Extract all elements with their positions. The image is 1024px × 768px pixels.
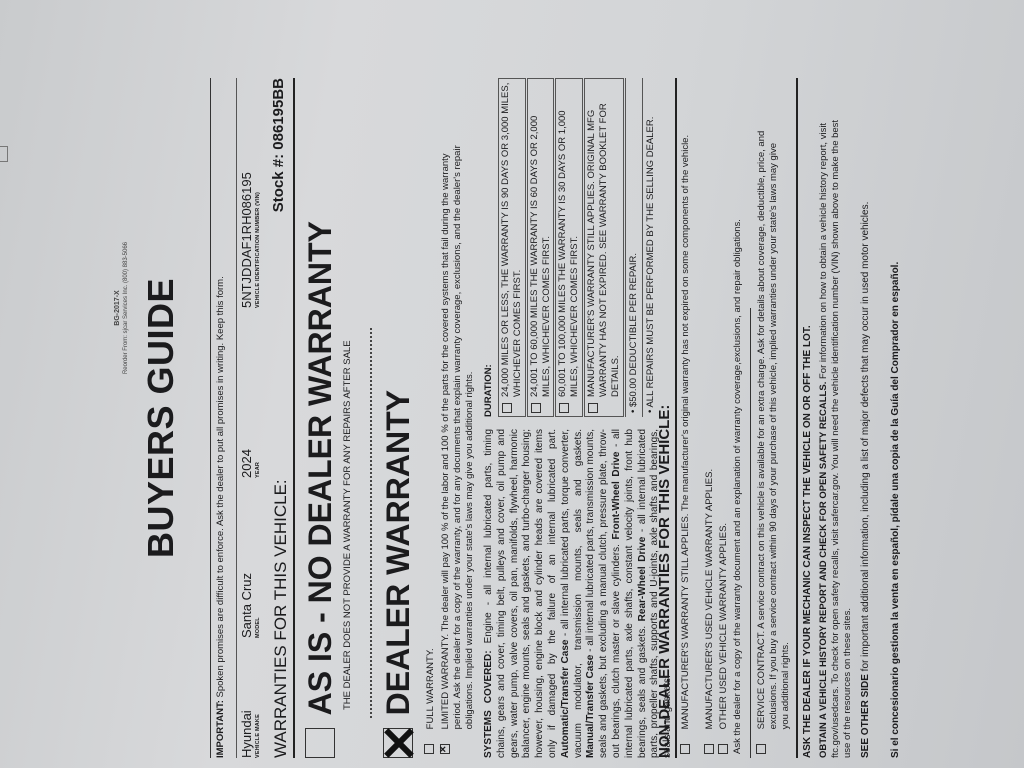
- as-is-title: AS IS - NO DEALER WARRANTY: [300, 221, 340, 715]
- dotted-divider: [370, 328, 372, 718]
- as-is-subtitle: THE DEALER DOES NOT PROVIDE A WARRANTY F…: [342, 78, 354, 710]
- full-warranty-checkbox[interactable]: [424, 744, 434, 754]
- vehicle-info: Hyundai VEHICLE MAKE Santa Cruz MODEL 20…: [236, 78, 262, 758]
- system-description: Engine - all internal lubricated parts, …: [483, 429, 558, 758]
- important-text: Spoken promises are difficult to enforce…: [215, 276, 226, 697]
- as-is-section: AS IS - NO DEALER WARRANTY THE DEALER DO…: [300, 78, 354, 758]
- duration-text: 60,001 TO 100,000 MILES THE WARRANTY IS …: [557, 82, 581, 397]
- manufacturer-used-warranty-checkbox[interactable]: [704, 744, 714, 754]
- duration-label: DURATION:: [483, 78, 495, 417]
- coverage-columns: SYSTEMS COVERED: Engine - all internal l…: [483, 78, 675, 758]
- other-used-warranty-checkbox[interactable]: [718, 744, 728, 754]
- warranties-heading: WARRANTIES FOR THIS VEHICLE: Stock #: 08…: [270, 78, 295, 758]
- form-title: BUYERS GUIDE: [138, 68, 183, 768]
- as-is-checkbox[interactable]: [305, 728, 335, 758]
- duration-section: DURATION: 24,000 MILES OR LESS, THE WARR…: [483, 78, 675, 417]
- spanish-notice: Si el concesionario gestiona la venta en…: [890, 108, 903, 758]
- important-notice: IMPORTANT: Spoken promises are difficult…: [210, 78, 227, 758]
- systems-covered: SYSTEMS COVERED: Engine - all internal l…: [483, 429, 675, 758]
- form-code: BG-2017-X: [114, 178, 123, 438]
- non-dealer-heading: NON-DEALER WARRANTIES FOR THIS VEHICLE:: [656, 78, 677, 758]
- warranty-term: $50.00 DEDUCTIBLE PER REPAIR.: [625, 78, 642, 417]
- duration-checkbox[interactable]: [502, 403, 512, 413]
- duration-checkbox[interactable]: [531, 403, 541, 413]
- buyers-guide-form: BG-2017-X Reorder From: sjcar Services I…: [108, 68, 908, 768]
- manufacturer-used-warranty-option: MANUFACTURER'S USED VEHICLE WARRANTY APP…: [704, 114, 717, 754]
- duration-option: MANUFACTURER'S WARRANTY STILL APPLIES. O…: [584, 78, 624, 417]
- duration-checkbox[interactable]: [559, 403, 569, 413]
- duration-text: 24,000 MILES OR LESS, THE WARRANTY IS 90…: [500, 82, 524, 397]
- other-used-warranty-option: OTHER USED VEHICLE WARRANTY APPLIES.: [718, 114, 731, 754]
- vehicle-model: Santa Cruz MODEL: [237, 478, 262, 638]
- system-name: Automatic/Transfer Case: [560, 640, 571, 758]
- system-name: Manual/Transfer Case: [585, 655, 596, 758]
- duration-option: 60,001 TO 100,000 MILES THE WARRANTY IS …: [555, 78, 583, 417]
- vehicle-history-notice: OBTAIN A VEHICLE HISTORY REPORT AND CHEC…: [818, 108, 854, 758]
- duration-options: 24,000 MILES OR LESS, THE WARRANTY IS 90…: [498, 78, 624, 417]
- duration-option: 24,001 TO 60,000 MILES THE WARRANTY IS 6…: [527, 78, 555, 417]
- service-contract-option: SERVICE CONTRACT. A service contract on …: [756, 114, 792, 754]
- see-other-side-notice: SEE OTHER SIDE for important additional …: [860, 108, 873, 758]
- warranty-terms: $50.00 DEDUCTIBLE PER REPAIR.ALL REPAIRS…: [625, 78, 659, 417]
- service-contract-checkbox[interactable]: [756, 744, 766, 754]
- dealer-warranty-checkbox-checked[interactable]: [383, 728, 413, 758]
- duration-text: MANUFACTURER'S WARRANTY STILL APPLIES. O…: [586, 82, 622, 397]
- vehicle-vin: 5NTJDDAF1RH086195 VEHICLE IDENTIFICATION…: [237, 88, 262, 308]
- system-name: Front-Wheel Drive: [611, 452, 622, 540]
- full-warranty-option: FULL WARRANTY.: [424, 114, 437, 754]
- vehicle-make: Hyundai VEHICLE MAKE: [237, 638, 262, 758]
- ask-copy-text: Ask the dealer for a copy of the warrant…: [732, 114, 744, 754]
- systems-covered-label: SYSTEMS COVERED:: [483, 650, 494, 758]
- page-edge-mark: [0, 146, 8, 162]
- limited-warranty-checkbox-checked[interactable]: [440, 744, 450, 754]
- ask-mechanic-notice: ASK THE DEALER IF YOUR MECHANIC CAN INSP…: [796, 78, 815, 758]
- duration-checkbox[interactable]: [588, 403, 598, 413]
- manufacturer-warranty-checkbox[interactable]: [680, 744, 690, 754]
- divider: [750, 308, 751, 758]
- duration-text: 24,001 TO 60,000 MILES THE WARRANTY IS 6…: [529, 82, 553, 397]
- limited-warranty-option: LIMITED WARRANTY. The dealer will pay 10…: [440, 114, 476, 754]
- dealer-warranty-section: DEALER WARRANTY: [378, 390, 418, 758]
- duration-option: 24,000 MILES OR LESS, THE WARRANTY IS 90…: [498, 78, 526, 417]
- important-label: IMPORTANT:: [215, 700, 226, 758]
- dealer-warranty-title: DEALER WARRANTY: [378, 390, 418, 715]
- system-name: Rear-Wheel Drive: [637, 537, 648, 622]
- form-header: BG-2017-X Reorder From: sjcar Services I…: [114, 178, 130, 438]
- publisher-line: Reorder From: sjcar Services Inc. (800) …: [123, 242, 129, 374]
- stock-number: Stock #: 086195BB: [270, 78, 291, 212]
- vehicle-year: 2024 YEAR: [237, 308, 262, 478]
- manufacturer-warranty-option: MANUFACTURER'S WARRANTY STILL APPLIES. T…: [680, 114, 693, 754]
